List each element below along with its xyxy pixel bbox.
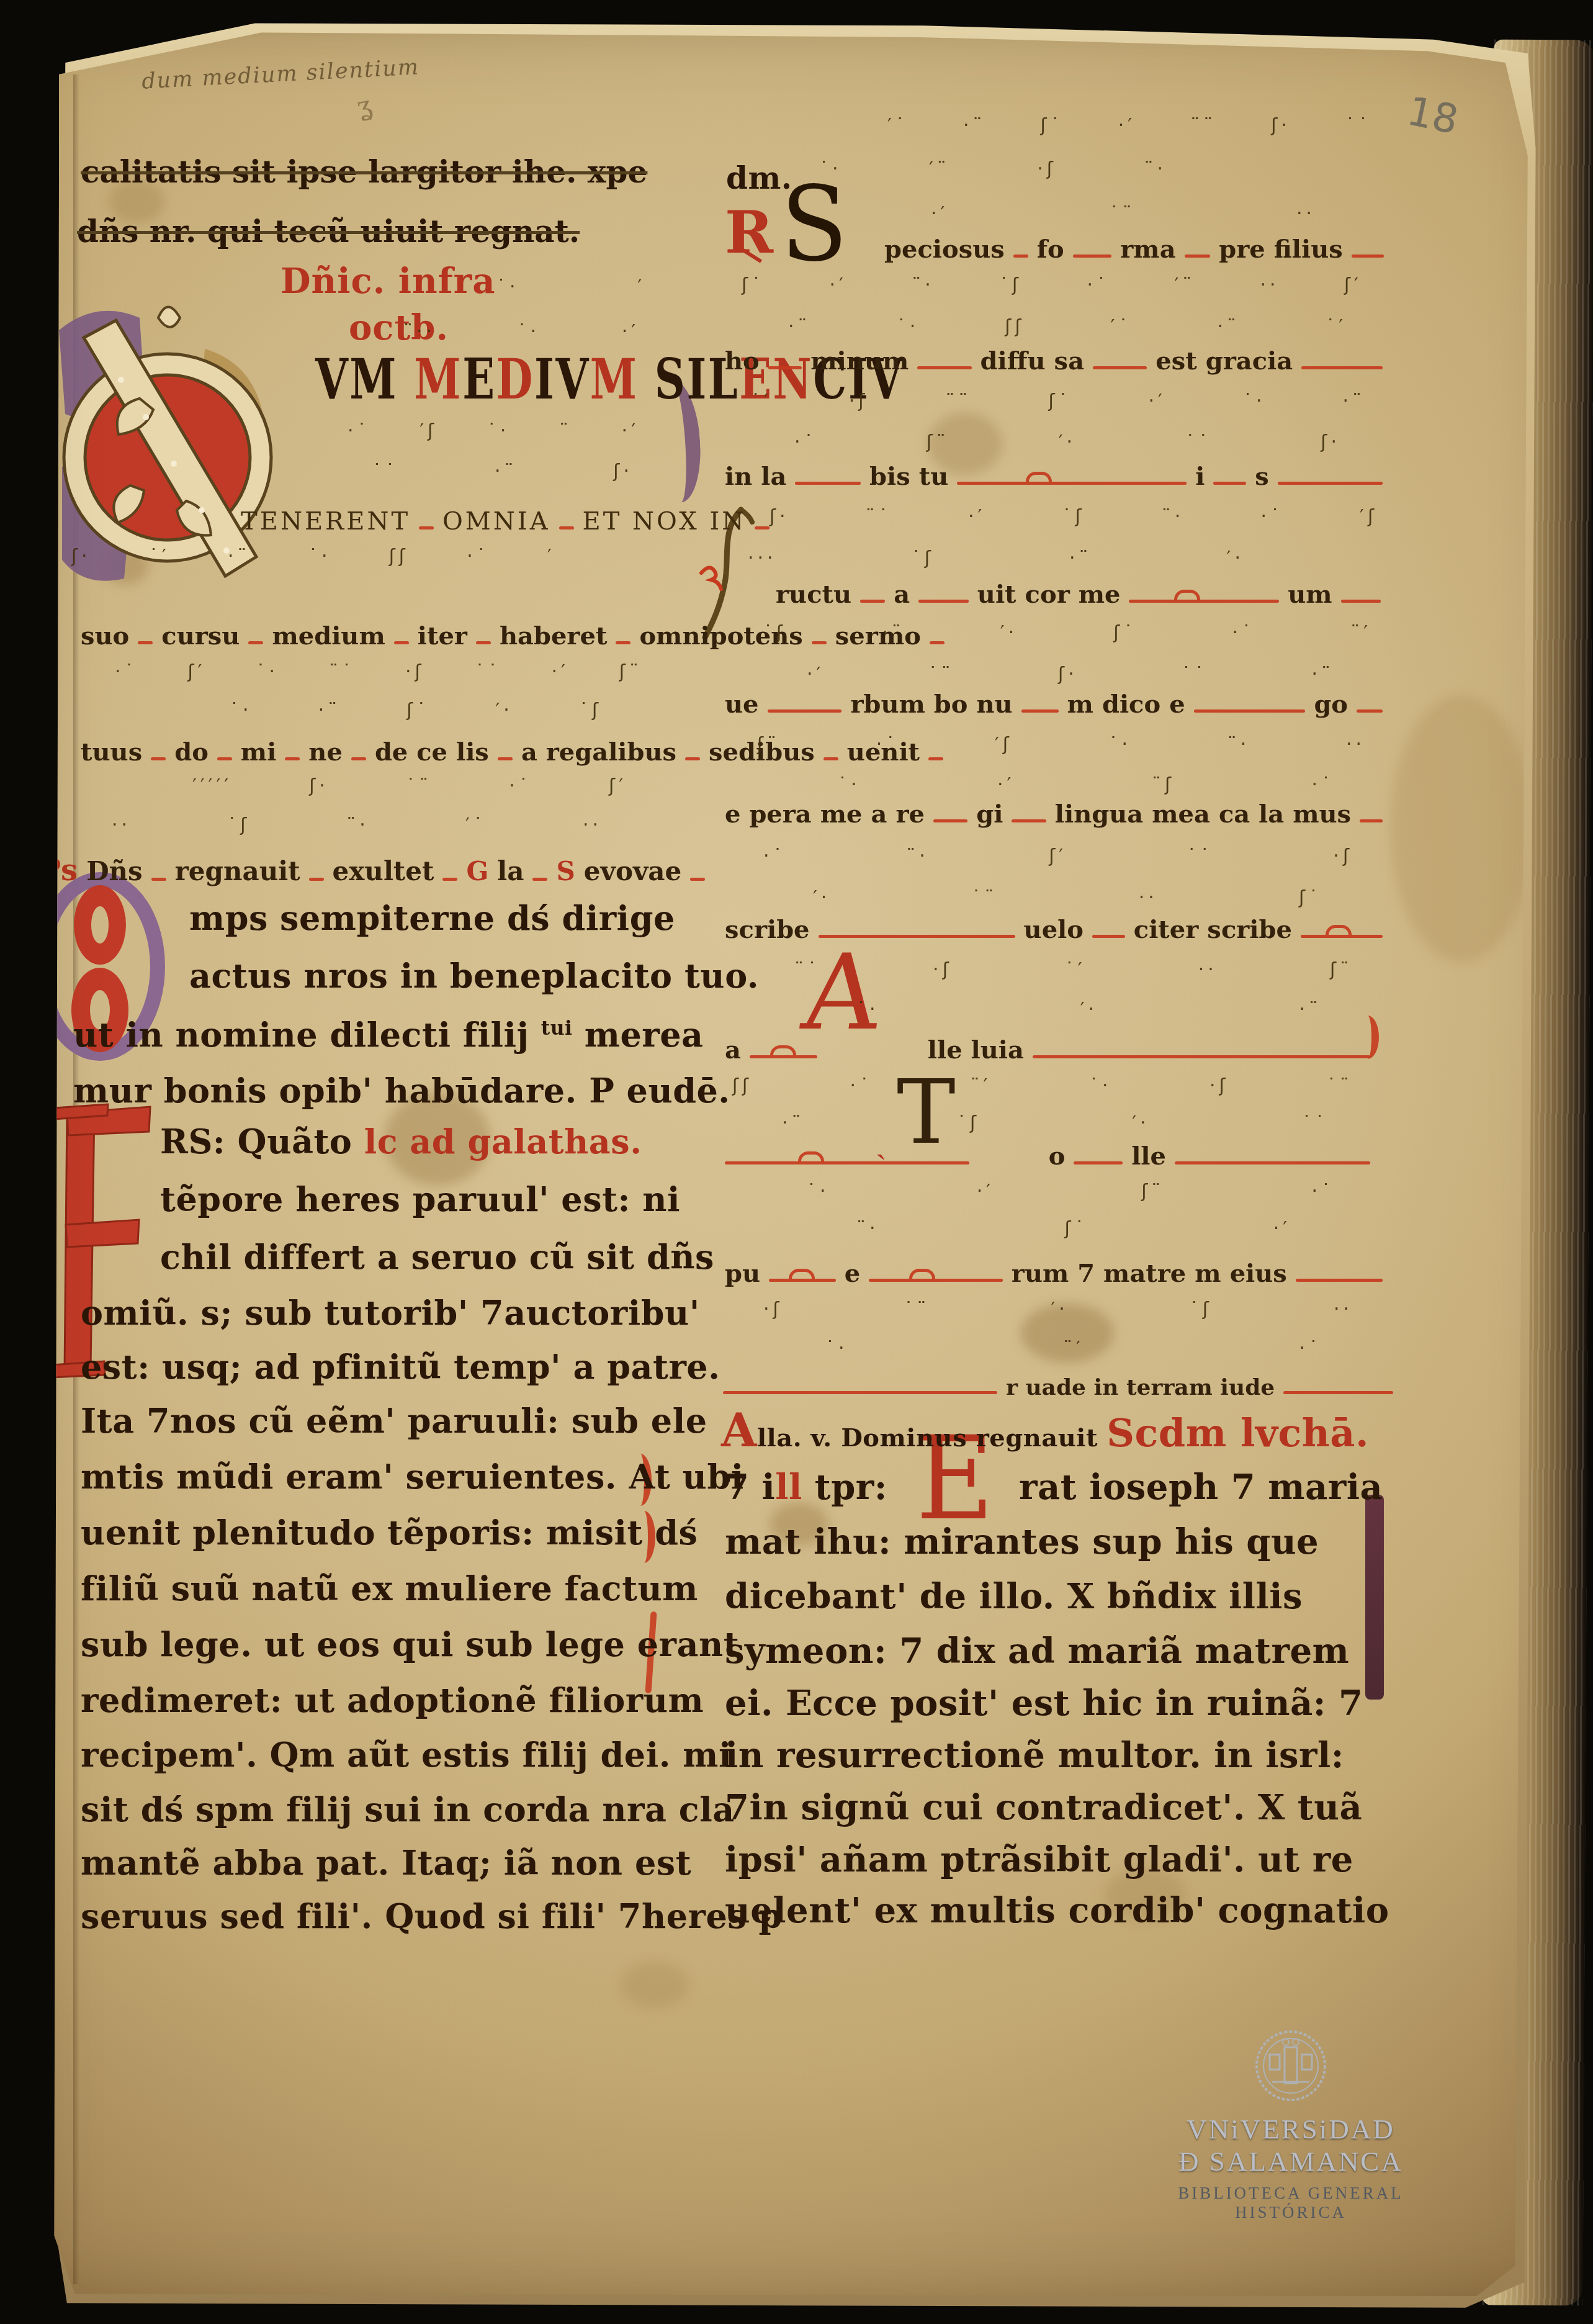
- neume-cluster: ˙˙: [1302, 1114, 1328, 1133]
- illuminated-initial-d: [47, 281, 295, 619]
- melisma-red-line: [1283, 1391, 1393, 1394]
- melisma-red-line: [1357, 709, 1383, 713]
- neume-row: ʃ·˙′·¨˙·ʃʃ·˙′: [71, 547, 555, 566]
- chant-syllable: uit: [977, 582, 1016, 607]
- neume-cluster: ·′: [829, 276, 846, 295]
- neume-cluster: ˙ʃ: [1062, 508, 1085, 526]
- neume-cluster: ·ʃ: [1333, 847, 1353, 866]
- melisma-red-line: [819, 935, 1015, 938]
- stain: [621, 1961, 689, 2008]
- melisma-red-line: [769, 1279, 836, 1282]
- text-segment: tpr:: [802, 1467, 887, 1508]
- melisma-red-line: [1074, 1161, 1123, 1164]
- chant-syllable: fo: [1037, 237, 1064, 262]
- neume-cluster: ·′: [1118, 117, 1136, 135]
- neume-cluster: ′ʃ: [1360, 508, 1378, 526]
- library-watermark: VNiVERSiDAD Ð SALAMANCA BIBLIOTECA GENER…: [1142, 2029, 1440, 2222]
- neume-cluster: ′·: [1132, 1114, 1149, 1133]
- neume-row: ·′˙¨··: [931, 205, 1316, 223]
- melisma-red-line: [217, 757, 232, 760]
- neume-cluster: ·˙: [1087, 276, 1110, 295]
- neume-row: ʃ˙·′¨·˙ʃ·˙′¨··ʃ′: [742, 276, 1362, 295]
- melisma-red-line: [498, 757, 513, 760]
- chant-syllable: minum: [810, 349, 909, 374]
- chant-line: TENERENTOMNIAET NOX IN: [241, 509, 650, 534]
- neume-cluster: ′: [547, 547, 555, 566]
- neume-cluster: ˙ʃ: [579, 701, 602, 720]
- neume-cluster: ˙ʃ: [957, 1114, 980, 1133]
- neume-cluster: ʃ·: [1321, 433, 1340, 452]
- neume-cluster: ˙˙: [1345, 117, 1371, 135]
- neume-cluster: ˙ʃ: [227, 816, 250, 835]
- neume-cluster: ·¨: [1218, 318, 1241, 336]
- neume-cluster: ˙·: [807, 1182, 830, 1201]
- text-line: dm.: [726, 163, 792, 194]
- chant-syllable: a: [725, 1038, 741, 1063]
- text-line: uelent' ex multis cordib' cognatio: [725, 1893, 1389, 1928]
- melisma-red-line: [1352, 254, 1384, 258]
- chant-syllable: ca la: [1219, 802, 1284, 827]
- melisma-red-line: [1073, 254, 1112, 258]
- neume-cluster: ˙·: [308, 547, 331, 566]
- parchment-page: dum medium silentium ʓ 18: [0, 0, 1593, 2324]
- neume-cluster: ʃ˙: [1048, 392, 1071, 411]
- melisma-red-line: [690, 878, 705, 881]
- neume-cluster: ·˙: [763, 847, 786, 866]
- melisma-red-line: [1093, 366, 1147, 369]
- neume-row: ˙··′¨ʃ·˙: [838, 776, 1334, 795]
- melisma-red-line: [419, 526, 434, 529]
- neume-cluster: ·′: [622, 323, 639, 341]
- neume-cluster: ·˙: [1299, 1340, 1322, 1358]
- chant-line: puerum7 matremeius: [725, 1261, 1383, 1286]
- chant-syllable: pre filius: [1219, 237, 1343, 262]
- text-line: Alla. v. Dominus regnauit Scdm lvchā.: [721, 1408, 1369, 1454]
- neume-cluster: ʃ¨: [757, 736, 780, 754]
- neume-cluster: ·˙: [115, 663, 138, 682]
- manuscript-scan-canvas: dum medium silentium ʓ 18: [0, 0, 1593, 2324]
- chant-line: olle: [725, 1144, 1370, 1169]
- neume-cluster: ·˙: [509, 777, 532, 796]
- neume-cluster: ′′′′′: [192, 777, 232, 796]
- neume-cluster: ¨·: [912, 276, 935, 295]
- chant-syllable: rbum: [850, 692, 925, 717]
- neume-cluster: ·˙: [1311, 1182, 1334, 1201]
- melisma-red-line: [869, 1279, 1003, 1282]
- chant-syllable: in la: [725, 464, 786, 489]
- chant-syllable: mea: [1152, 802, 1210, 827]
- neume-row: ¨˙·ʃ˙′··ʃ¨: [794, 961, 1353, 980]
- text-line: sit dś spm filij sui in corda nra cla: [81, 1793, 735, 1826]
- text-line: symeon: 7 dix ad mariã matrem: [725, 1634, 1349, 1669]
- chant-syllable: peciosus: [884, 237, 1005, 262]
- neume-cluster: ·′: [807, 665, 824, 684]
- chant-syllable: iter: [418, 624, 467, 649]
- chant-syllable: a: [894, 582, 910, 607]
- neume-row: ¨·ʃ˙·′: [856, 1220, 1291, 1238]
- melisma-red-line: [442, 878, 457, 881]
- neume-cluster: ˙˙: [1185, 433, 1211, 452]
- melisma-red-line: [1033, 1055, 1370, 1058]
- chant-syllable: evovae: [584, 858, 681, 885]
- text-segment: merea: [572, 1015, 703, 1055]
- responsory-mark-r: R: [725, 210, 773, 256]
- chant-syllable: o: [1049, 1144, 1066, 1169]
- neume-cluster: ʃʃ: [1005, 318, 1025, 336]
- neume-cluster: ˙·: [1108, 736, 1131, 754]
- neume-cluster: ʃ·: [1058, 665, 1078, 684]
- chant-syllable: i: [1195, 464, 1205, 489]
- pencil-margin-note: dum medium silentium: [141, 55, 420, 94]
- chant-syllable: re: [896, 802, 925, 827]
- neume-cluster: ˙′: [751, 392, 772, 411]
- chant-syllable: mus: [1293, 802, 1351, 827]
- neume-cluster: ·ʃ: [763, 1300, 783, 1319]
- neume-cluster: ˙′: [1065, 961, 1086, 980]
- chant-syllable: a: [871, 802, 887, 827]
- chant-line: suocursumediumiterhaberetomnipotenssermo: [81, 624, 652, 649]
- neume-cluster: ʃʃ: [389, 547, 409, 566]
- chant-line: hominumdiffusaestgracia: [725, 349, 1383, 374]
- neume-cluster: ¨¨: [1190, 117, 1216, 135]
- neume-cluster: ¨′: [1063, 1340, 1084, 1358]
- melisma-red-line: [928, 757, 943, 760]
- neume-cluster: ·˙: [348, 422, 370, 441]
- watermark-line-2: Ð SALAMANCA: [1142, 2145, 1440, 2178]
- neume-row: ′′′′′ʃ·˙¨·˙ʃ′: [192, 777, 627, 796]
- neume-cluster: ¨·: [1144, 160, 1167, 179]
- neume-cluster: ′·: [1051, 1300, 1069, 1319]
- chant-syllable: la: [497, 858, 524, 885]
- chant-syllable: est: [1155, 349, 1196, 374]
- melisma-red-line: [768, 709, 842, 713]
- neume-cluster: ·¨: [318, 701, 341, 720]
- neume-cluster: ·¨: [788, 318, 811, 336]
- melisma-red-line: [616, 641, 630, 644]
- neume-cluster: ·˙: [850, 1077, 873, 1096]
- neume-cluster: ·ʃ: [849, 392, 869, 411]
- text-line: dicebant' de illo. X bñdix illis: [725, 1579, 1303, 1614]
- chant-syllable: gi: [976, 802, 1003, 827]
- chant-syllable: a regalibus: [521, 740, 676, 765]
- neume-cluster: ′·: [1227, 549, 1244, 568]
- melisma-red-line: [1092, 935, 1125, 938]
- neume-cluster: ʃ·: [309, 777, 329, 796]
- neume-cluster: ·˙: [1260, 508, 1283, 526]
- neume-cluster: ¨ʃ: [1152, 776, 1175, 795]
- neume-cluster: ¨·: [856, 1220, 879, 1238]
- text-line: mantẽ abba pat. Itaq; iã non est: [81, 1846, 691, 1880]
- melisma-red-line: [1012, 819, 1046, 822]
- neume-cluster: ··: [1260, 276, 1280, 295]
- chant-syllable: nu: [977, 692, 1013, 717]
- text-line: ipsi' añam ptrãsibit gladi'. ut re: [725, 1842, 1353, 1877]
- neume-cluster: ′¨: [929, 160, 950, 179]
- neume-row: ˙··′ʃ¨·˙: [807, 1182, 1334, 1201]
- chant-line: tuusdominede ce lisa regalibussedibusuen…: [81, 740, 652, 765]
- chant-syllable: ructu: [776, 582, 851, 607]
- stain: [1390, 695, 1533, 962]
- neume-row: ʃʃ·˙¨′˙··ʃ˙¨: [732, 1077, 1353, 1096]
- neume-cluster: ···: [748, 549, 777, 568]
- text-segment: M: [414, 346, 462, 412]
- university-seal-icon: [1254, 2029, 1328, 2103]
- neume-cluster: ¨: [559, 422, 572, 441]
- neume-cluster: ··: [1198, 961, 1218, 980]
- chant-syllable: Dñs: [86, 858, 143, 885]
- neume-row: ·ʃ˙¨′·˙ʃ··: [763, 1300, 1353, 1319]
- neume-cluster: ʃ·: [71, 547, 91, 566]
- melisma-red-line: [151, 878, 166, 881]
- neume-cluster: ʃ·: [770, 508, 789, 526]
- neume-cluster: ··: [1296, 205, 1316, 223]
- neume-row: ·˙¨·ʃ′˙˙·ʃ: [763, 847, 1353, 866]
- text-line: 7in signũ cui contradicet'. X tuã: [725, 1790, 1362, 1825]
- chant-line: ructuauitcormeum: [776, 582, 1381, 607]
- text-line: tẽpore heres paruul' est: ni: [160, 1182, 680, 1216]
- neume-cluster: ʃ′: [1049, 847, 1067, 866]
- chant-syllable: haberet: [500, 624, 607, 649]
- neume-cluster: ·′: [997, 776, 1015, 795]
- melisma-red-line: [723, 1391, 997, 1394]
- text-segment: IV: [534, 346, 590, 412]
- text-segment: RS: Quãto: [160, 1122, 364, 1161]
- chant-syllable: pu: [725, 1261, 760, 1286]
- chant-syllable: citer: [1134, 917, 1199, 942]
- neume-cluster: ˙¨: [406, 777, 432, 796]
- neume-cluster: ˙·: [838, 776, 861, 795]
- neume-cluster: ˙¨: [904, 1300, 930, 1319]
- chant-syllable: do: [174, 740, 209, 765]
- melisma-red-line: [1301, 935, 1383, 938]
- chant-syllable: s: [1255, 464, 1269, 489]
- neume-cluster: ˙·: [1243, 392, 1266, 411]
- neume-cluster: ʃ¨: [927, 433, 949, 452]
- neume-cluster: ʃ˙: [1299, 889, 1322, 908]
- melisma-red-line: [1301, 366, 1383, 369]
- melisma-red-line: [1021, 709, 1059, 713]
- melisma-red-line: [1278, 482, 1383, 485]
- chant-syllable: exultet: [333, 858, 434, 885]
- text-line: ei. Ecce posit' est hic in ruinã: 7: [725, 1686, 1363, 1721]
- text-segment: Scdm lvchā.: [1106, 1410, 1369, 1456]
- text-segment: 7 i: [725, 1467, 775, 1508]
- melisma-red-line: [933, 819, 967, 822]
- neume-cluster: ·¨: [1299, 1001, 1322, 1019]
- melisma-red-line: [394, 641, 409, 644]
- chant-syllable: e pera: [725, 802, 812, 827]
- neume-cluster: ·˙: [1232, 624, 1255, 642]
- text-line: chil differt a seruo cũ sit dñs: [160, 1240, 714, 1274]
- neume-cluster: ′·: [1080, 1001, 1098, 1019]
- watermark-line-3: BIBLIOTECA GENERAL HISTÓRICA: [1142, 2184, 1440, 2222]
- text-line: mtis mũdi eram' seruientes. At ubi: [81, 1460, 744, 1493]
- chant-syllable: lle luia: [928, 1038, 1024, 1063]
- melisma-red-line: [918, 600, 969, 603]
- neume-cluster: ʃ′: [188, 663, 206, 682]
- chant-syllable: me: [820, 802, 863, 827]
- text-segment: M: [590, 346, 655, 412]
- text-line: filiũ suũ natũ ex muliere factum: [81, 1572, 698, 1605]
- neume-cluster: ˙˙: [372, 462, 398, 481]
- text-line: ut in nomine dilecti filij tui merea: [73, 1018, 704, 1052]
- neume-cluster: ·′: [1273, 1220, 1291, 1238]
- neume-cluster: ʃʃ: [732, 1077, 752, 1096]
- chant-syllable: e: [845, 1261, 860, 1286]
- neume-cluster: ˙·: [825, 1340, 848, 1358]
- neume-cluster: ·ʃ: [405, 663, 425, 682]
- text-line: mps sempiterne dś dirige: [189, 901, 675, 935]
- neume-cluster: ·˙: [876, 736, 899, 754]
- melisma-red-line: [532, 878, 547, 881]
- neume-cluster: ˙¨: [1110, 205, 1136, 223]
- neume-cluster: ˙˙: [1187, 847, 1213, 866]
- melisma-red-line: [1185, 254, 1211, 258]
- neume-cluster: ʃ˙: [1065, 1220, 1088, 1238]
- neume-cluster: ·′: [552, 663, 569, 682]
- melisma-red-line: [1296, 1279, 1383, 1282]
- neume-cluster: ¨˙: [794, 961, 820, 980]
- chant-syllable: gracia: [1206, 349, 1293, 374]
- chant-syllable: S: [556, 858, 575, 885]
- neume-cluster: ʃ¨: [619, 663, 642, 682]
- chant-syllable: ET NOX IN: [583, 509, 747, 534]
- neume-cluster: ˙·: [496, 278, 519, 297]
- chant-syllable: ue: [725, 692, 759, 717]
- chant-syllable: uelo: [1024, 917, 1084, 942]
- chant-syllable: medium: [272, 624, 385, 649]
- melisma-red-line: [248, 641, 263, 644]
- text-segment: ut in nomine dilecti filij: [73, 1015, 541, 1055]
- chant-syllable: me: [1079, 582, 1121, 607]
- neume-cluster: ·ʃ: [933, 961, 953, 980]
- chant-syllable: suo: [81, 624, 129, 649]
- chant-syllable: de ce lis: [375, 740, 489, 765]
- chant-syllable: lingua: [1055, 802, 1143, 827]
- melisma-red-line: [151, 757, 166, 760]
- text-segment: VM: [315, 346, 414, 412]
- text-line: est: usq; ad pfinitũ temp' a patre.: [81, 1350, 720, 1384]
- chant-syllable: OMNIA: [442, 509, 550, 534]
- text-line: mur bonis opib' habūdare. P eudē.: [73, 1074, 730, 1107]
- neume-row: ʃ·¨˙·′˙ʃ¨··˙′ʃ: [770, 508, 1378, 526]
- neume-cluster: ʃ¨: [1330, 961, 1353, 980]
- neume-cluster: ʃ′: [1344, 276, 1362, 295]
- neume-cluster: ·′: [977, 1182, 994, 1201]
- neume-cluster: ˙·: [1089, 1077, 1112, 1096]
- melisma-red-line: [285, 757, 300, 760]
- neume-row: ·¨˙ʃ′·˙˙: [782, 1114, 1328, 1133]
- folio-number: 18: [1403, 88, 1462, 143]
- chant-syllable: cursu: [161, 624, 240, 649]
- neume-cluster: ··: [1334, 1300, 1353, 1319]
- melisma-red-line: [1129, 600, 1279, 603]
- text-line: mat ihu: mirantes sup his que: [725, 1525, 1319, 1559]
- chant-syllable: G: [466, 858, 488, 885]
- melisma-red-line: [1360, 819, 1383, 822]
- neume-cluster: ʃ˙: [1041, 117, 1064, 135]
- struck-text-line: dñs nr. qui tecũ uiuit regnat.: [77, 216, 635, 247]
- neume-cluster: ¨·: [346, 816, 369, 835]
- chant-syllable: bis tu: [869, 464, 948, 489]
- neume-cluster: ˙·: [518, 323, 541, 341]
- neume-cluster: ˙′: [149, 547, 170, 566]
- neume-row: ¨··˙··′: [403, 323, 639, 341]
- chant-syllable: cor: [1025, 582, 1070, 607]
- chant-syllable: e: [1169, 692, 1185, 717]
- watermark-line-1: VNiVERSiDAD: [1142, 2113, 1440, 2145]
- melisma-red-line: [685, 757, 700, 760]
- neume-cluster: ¨·: [906, 847, 929, 866]
- text-line: rat ioseph 7 maria: [1019, 1470, 1383, 1505]
- neume-row: ˙·′¨·ʃ¨·: [819, 160, 1167, 179]
- neume-cluster: ·ʃ: [1037, 160, 1057, 179]
- chant-syllable: um: [1288, 582, 1332, 607]
- melisma-red-line: [1175, 1161, 1370, 1164]
- neume-cluster: ·˙: [467, 547, 490, 566]
- melisma-red-line: [725, 1161, 969, 1164]
- chant-syllable: sa: [1054, 349, 1084, 374]
- chant-syllable: bo: [934, 692, 968, 717]
- neume-row: ·′˙¨ʃ·˙˙·¨: [807, 665, 1334, 684]
- neume-row: ˙·′··¨: [856, 1001, 1322, 1019]
- neume-cluster: ·¨: [882, 624, 905, 642]
- neume-cluster: ′·: [813, 889, 830, 908]
- chant-line: r uade in terram iude: [723, 1376, 1393, 1398]
- text-segment: A: [721, 1404, 757, 1457]
- neume-cluster: ·¨: [1069, 549, 1092, 568]
- melisma-red-line: [917, 366, 971, 369]
- chant-line: uerbumbonumdicoego: [725, 692, 1383, 717]
- neume-cluster: ·˙: [794, 433, 817, 452]
- neume-cluster: ··: [112, 816, 131, 835]
- melisma-red-line: [823, 757, 838, 760]
- chant-syllable: Ps: [38, 855, 78, 885]
- chant-syllable: m: [1067, 692, 1093, 717]
- melisma-red-line: [860, 600, 885, 603]
- neume-cluster: ·′: [622, 422, 639, 441]
- neume-cluster: ʃ˙: [1113, 624, 1136, 642]
- neume-cluster: ˙′: [1326, 318, 1347, 336]
- melisma-red-line: [957, 482, 1187, 485]
- melisma-red-line: [755, 526, 770, 529]
- melisma-red-line: [351, 757, 366, 760]
- text-line: Ita 7nos cũ eẽm' paruuli: sub ele: [81, 1404, 707, 1438]
- text-line: seruus sed fili'. Quod si fili' 7heres p: [81, 1899, 783, 1933]
- neume-cluster: ˙·: [256, 663, 279, 682]
- chant-syllable: tuus: [81, 740, 142, 765]
- neume-cluster: ¨·: [1227, 736, 1250, 754]
- text-line: in resurrectionẽ multor. in isrl:: [725, 1738, 1344, 1773]
- neume-cluster: ′ʃ: [420, 422, 438, 441]
- chant-syllable: ho: [725, 349, 760, 374]
- neume-cluster: ʃ¨: [1141, 1182, 1164, 1201]
- neume-cluster: ··: [1139, 889, 1158, 908]
- neume-cluster: ··: [1346, 736, 1365, 754]
- neume-cluster: ˙¨: [928, 665, 954, 684]
- neume-cluster: ¨′: [971, 1077, 992, 1096]
- neume-cluster: ·¨: [495, 462, 518, 481]
- chant-syllable: ne: [308, 740, 343, 765]
- text-segment: tui: [541, 1017, 573, 1040]
- chant-line: peciosusformapre filius: [884, 237, 1384, 262]
- pen-trial-flourish: ʓ: [354, 89, 374, 122]
- neume-cluster: ¨′: [1350, 624, 1371, 642]
- chant-line: PsDñsregnauitexultetGlaSevovae: [38, 855, 659, 885]
- text-line: redimeret: ut adoptionẽ filiorum: [81, 1683, 704, 1717]
- melisma-red-line: [1341, 600, 1381, 603]
- neume-cluster: ˙ʃ: [999, 276, 1022, 295]
